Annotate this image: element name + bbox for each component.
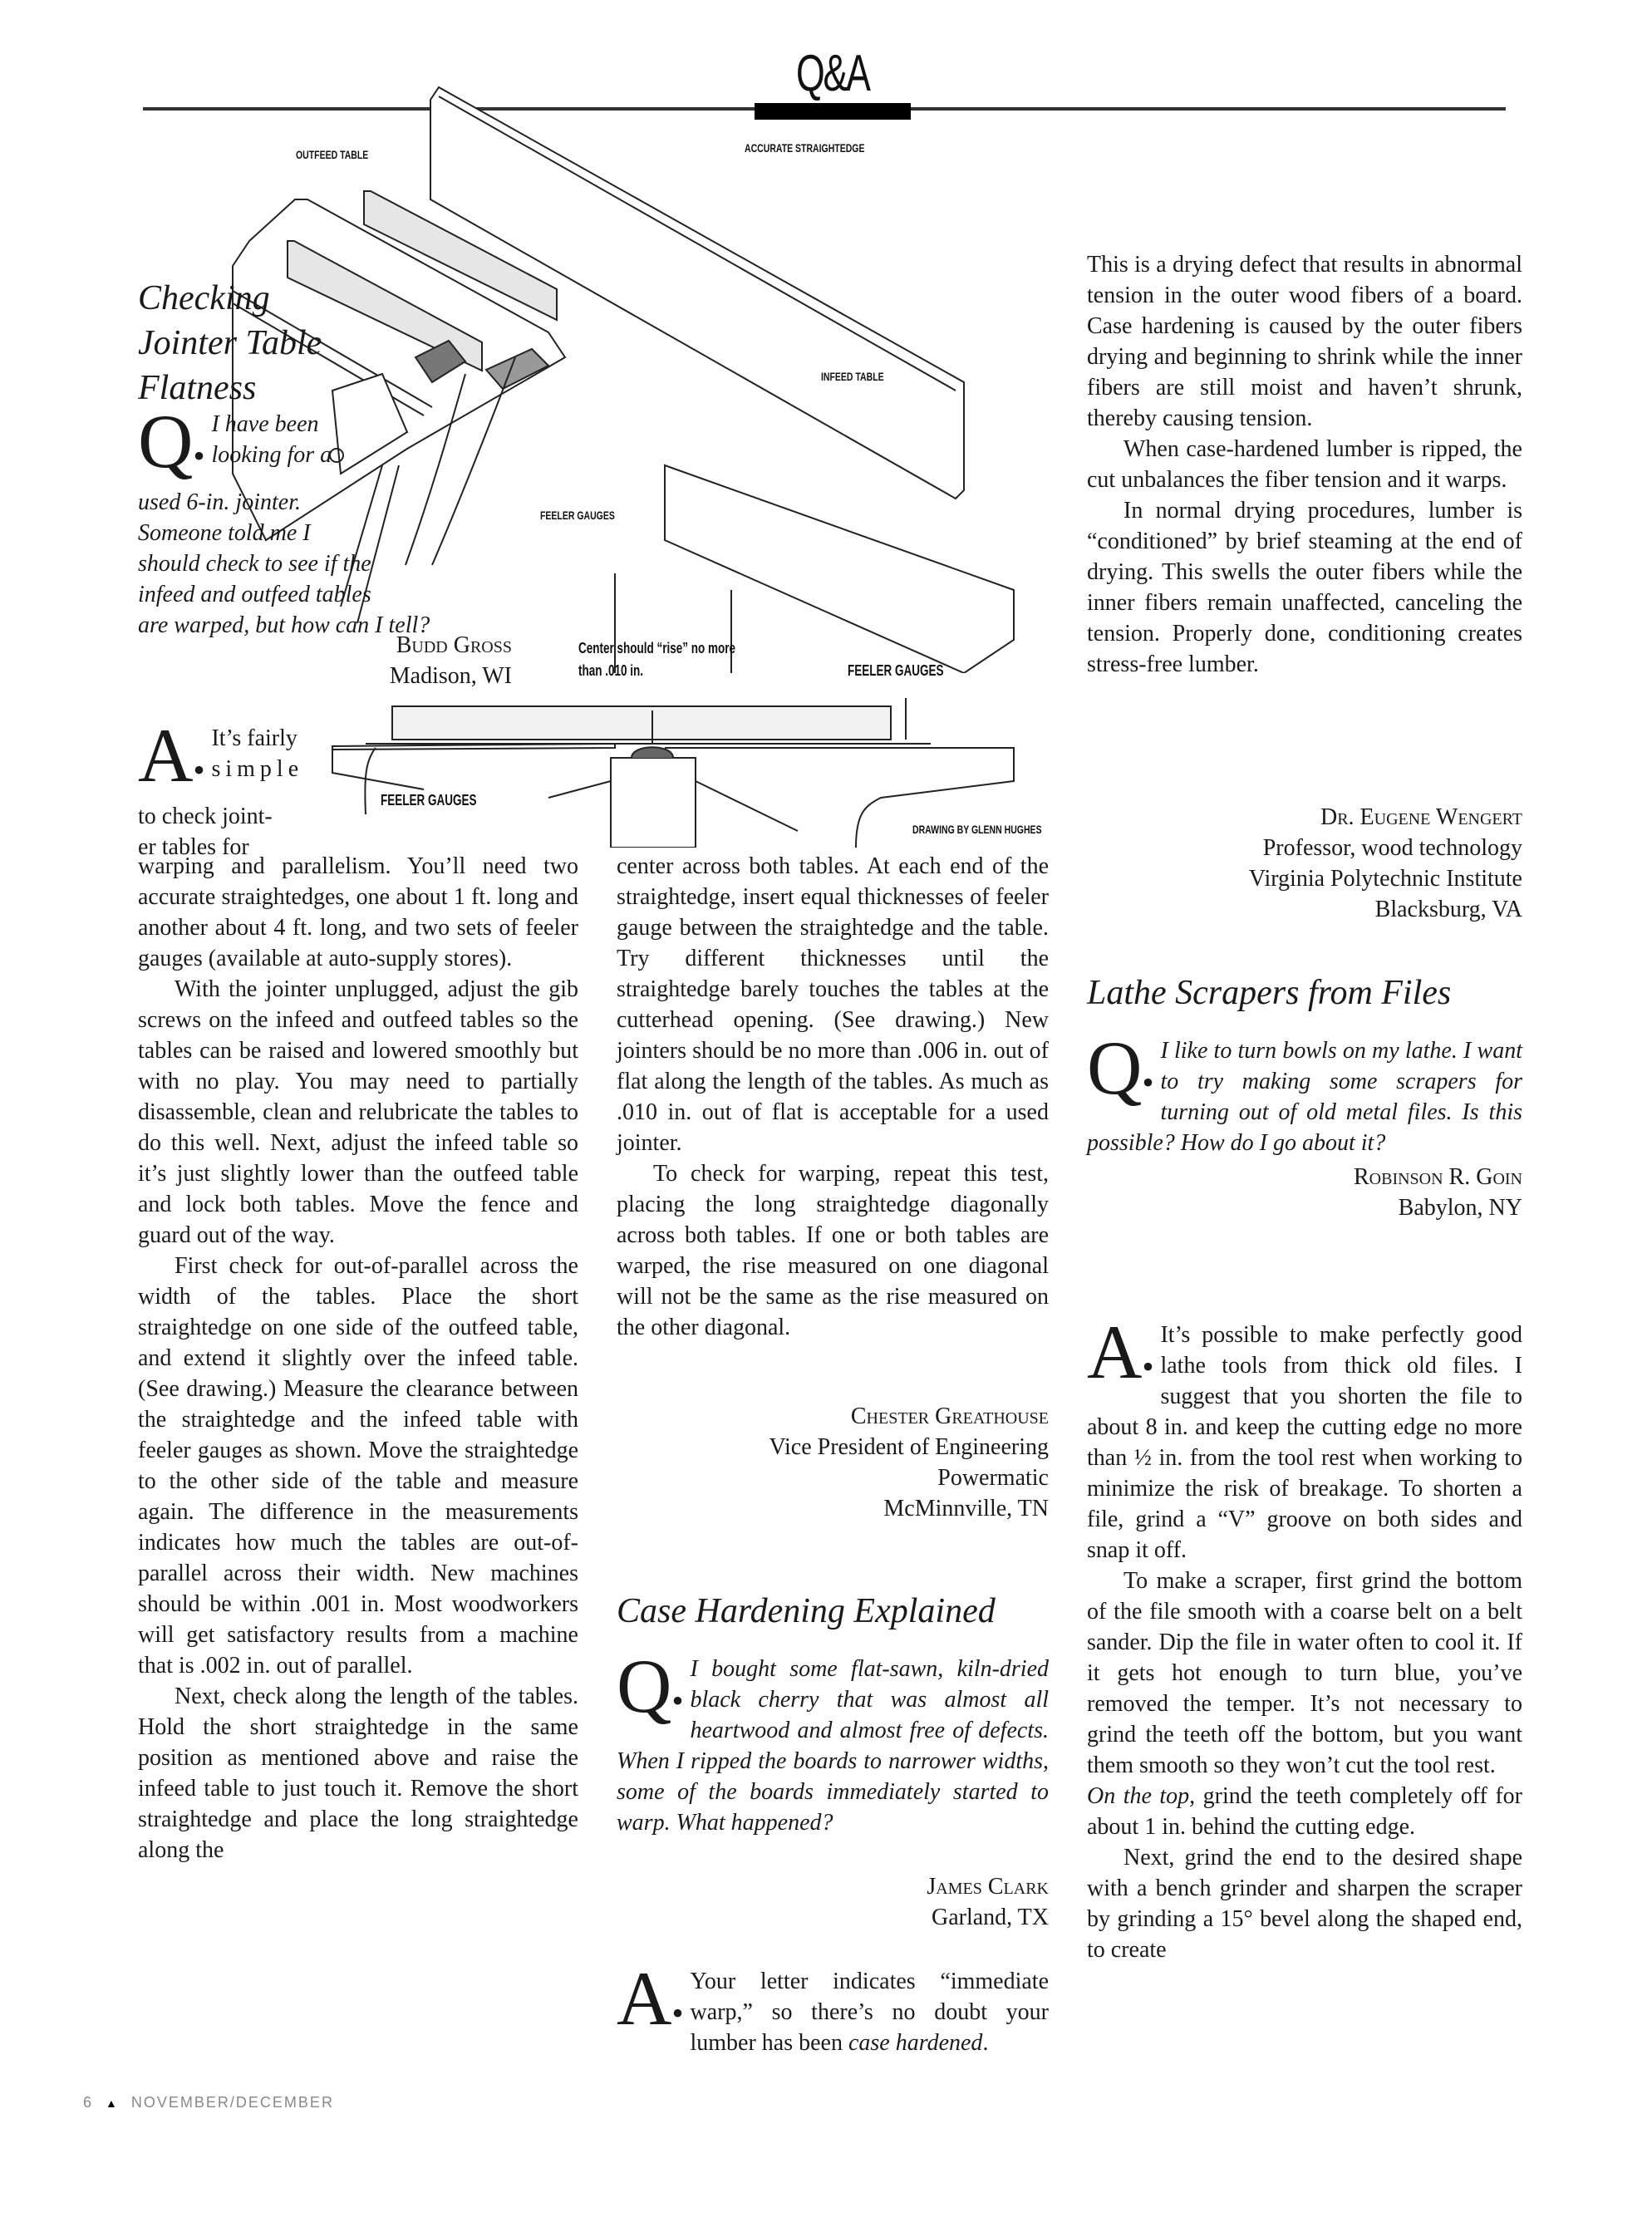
label-outfeed-table: OUTFEED TABLE	[296, 148, 368, 161]
answer-dropcap: A•	[138, 725, 204, 801]
asker-location: Garland, TX	[617, 1902, 1049, 1933]
answer-dropcap: A•	[1087, 1321, 1153, 1398]
article-2-answer-col3: This is a drying defect that results in …	[1087, 249, 1522, 680]
label-infeed-table: INFEED TABLE	[821, 370, 884, 383]
label-feeler-gauges-right: FEELER GAUGES	[848, 662, 944, 680]
label-center-note-2: than .010 in.	[578, 662, 643, 680]
article-1-question: Q• I have been looking for a used 6-in. …	[138, 409, 553, 641]
article-2-question: Q• I bought some flat-sawn, kiln-dried b…	[617, 1654, 1049, 1838]
issue-label: NOVEMBER/DECEMBER	[131, 2094, 334, 2111]
answerer-title: Professor, wood technology	[1087, 833, 1522, 863]
answerer-title: Vice President of Engineering	[617, 1432, 1049, 1462]
asker-name: Robinson R. Goin	[1087, 1162, 1522, 1192]
answerer-company: Powermatic	[617, 1462, 1049, 1493]
drawing-credit: DRAWING BY GLENN HUGHES	[912, 823, 1042, 836]
answerer-institution: Virginia Polytechnic Institute	[1087, 863, 1522, 894]
article-3-asker: Robinson R. Goin Babylon, NY	[1087, 1162, 1522, 1223]
article-3-headline: Lathe Scrapers from Files	[1087, 971, 1536, 1015]
answerer-name: Chester Greathouse	[617, 1401, 1049, 1432]
answerer-location: Blacksburg, VA	[1087, 894, 1522, 925]
page-number: 6	[83, 2094, 93, 2111]
article-1-answer-col1: warping and parallelism. You’ll need two…	[138, 851, 578, 1866]
article-2-answerer: Dr. Eugene Wengert Professor, wood techn…	[1087, 802, 1522, 925]
answer-dropcap: A•	[617, 1968, 683, 2044]
article-2-headline: Case Hardening Explained	[617, 1589, 1065, 1634]
article-1-asker: Budd Gross Madison, WI	[299, 630, 512, 691]
question-dropcap: Q•	[617, 1655, 683, 1732]
answerer-location: McMinnville, TN	[617, 1493, 1049, 1524]
article-2-answer-lead: A• Your letter indicates “immediate warp…	[617, 1966, 1049, 2058]
article-3-question: Q• I like to turn bowls on my lathe. I w…	[1087, 1035, 1522, 1158]
label-feeler-gauges-left: FEELER GAUGES	[381, 792, 477, 809]
question-dropcap: Q•	[138, 410, 204, 487]
article-1-answer-lead: A• It’s fairly simple to check joint- er…	[138, 723, 321, 863]
answerer-name: Dr. Eugene Wengert	[1087, 802, 1522, 833]
article-1-headline: Checking Jointer Table Flatness	[138, 276, 470, 410]
article-1-answerer: Chester Greathouse Vice President of Eng…	[617, 1401, 1049, 1524]
article-2-asker: James Clark Garland, TX	[617, 1871, 1049, 1933]
label-accurate-straightedge: ACCURATE STRAIGHTEDGE	[745, 141, 864, 155]
label-center-note-1: Center should “rise” no more	[578, 640, 735, 657]
asker-location: Madison, WI	[299, 661, 512, 691]
question-dropcap: Q•	[1087, 1037, 1153, 1113]
article-3-answer: A•It’s possible to make perfectly good l…	[1087, 1320, 1522, 1965]
article-1-answer-col2: center across both tables. At each end o…	[617, 851, 1049, 1343]
asker-name: Budd Gross	[299, 630, 512, 661]
triangle-icon: ▲	[106, 2097, 119, 2110]
asker-location: Babylon, NY	[1087, 1192, 1522, 1223]
page-footer: 6 ▲ NOVEMBER/DECEMBER	[83, 2094, 334, 2111]
asker-name: James Clark	[617, 1871, 1049, 1902]
